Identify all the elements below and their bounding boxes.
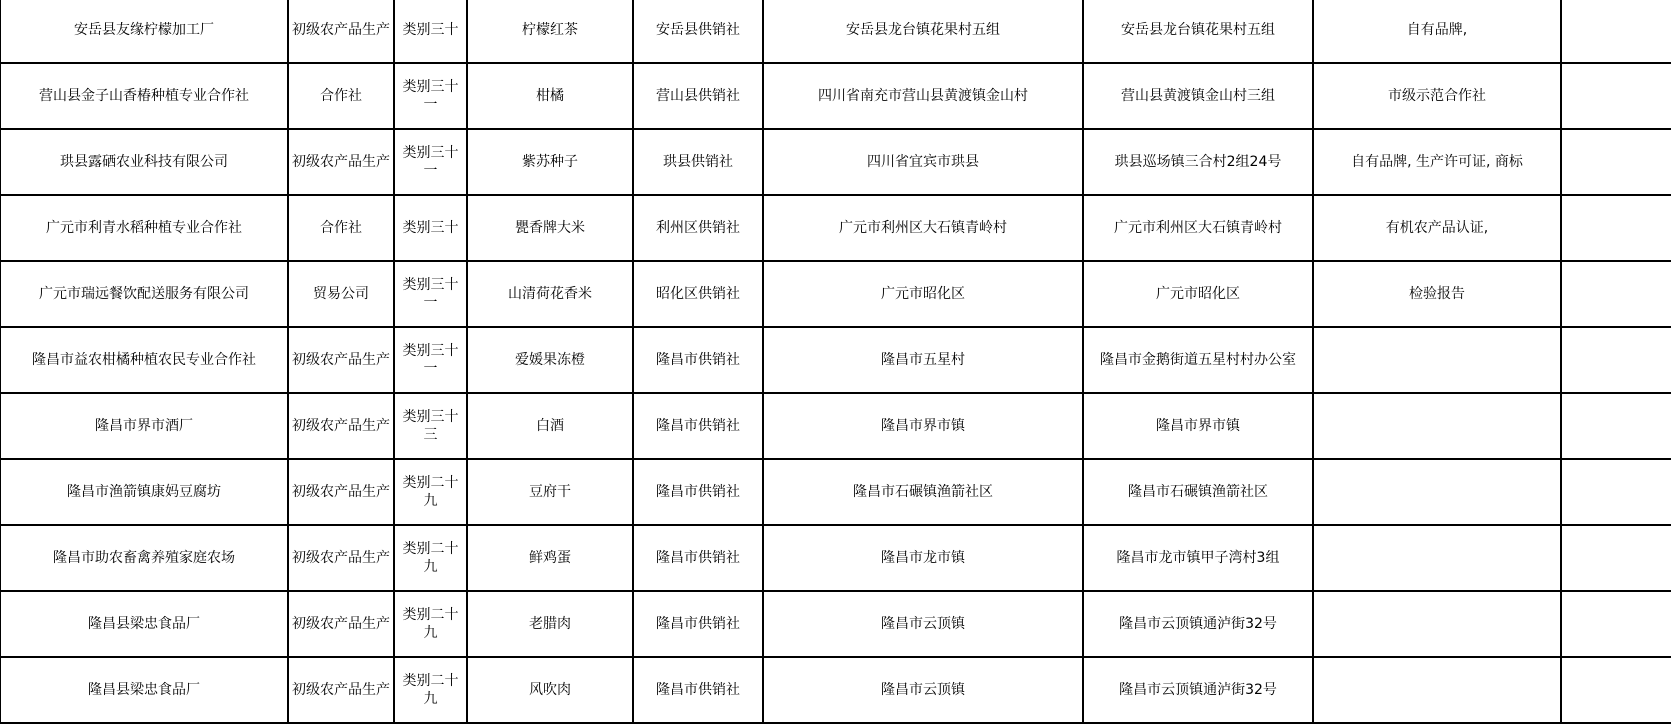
cell-category: 类别三十 [394,0,467,63]
cell-certification [1313,393,1561,459]
cell-company-name: 隆昌市渔箭镇康妈豆腐坊 [0,459,288,525]
cell-supply-society: 珙县供销社 [633,129,763,195]
cell-address: 广元市昭化区 [763,261,1083,327]
cell-detailed-address: 广元市昭化区 [1083,261,1313,327]
cell-supply-society: 昭化区供销社 [633,261,763,327]
cell-detailed-address: 营山县黄渡镇金山村三组 [1083,63,1313,129]
cell-business-type: 初级农产品生产 [288,459,394,525]
cell-supply-society: 隆昌市供销社 [633,525,763,591]
cell-product: 山清荷花香米 [467,261,633,327]
cell-empty [1561,0,1671,63]
table-row: 隆昌市界市酒厂初级农产品生产类别三十三白酒隆昌市供销社隆昌市界市镇隆昌市界市镇 [0,393,1671,459]
cell-detailed-address: 隆昌市龙市镇甲子湾村3组 [1083,525,1313,591]
table-row: 隆昌市益农柑橘种植农民专业合作社初级农产品生产类别三十一爱媛果冻橙隆昌市供销社隆… [0,327,1671,393]
cell-category: 类别三十一 [394,261,467,327]
cell-supply-society: 安岳县供销社 [633,0,763,63]
cell-empty [1561,327,1671,393]
table-row: 隆昌县梁忠食品厂初级农产品生产类别二十九老腊肉隆昌市供销社隆昌市云顶镇隆昌市云顶… [0,591,1671,657]
cell-product: 白酒 [467,393,633,459]
cell-address: 隆昌市界市镇 [763,393,1083,459]
table-row: 隆昌市助农畜禽养殖家庭农场初级农产品生产类别二十九鲜鸡蛋隆昌市供销社隆昌市龙市镇… [0,525,1671,591]
cell-company-name: 广元市瑞远餐饮配送服务有限公司 [0,261,288,327]
cell-company-name: 珙县露硒农业科技有限公司 [0,129,288,195]
cell-business-type: 合作社 [288,195,394,261]
cell-supply-society: 隆昌市供销社 [633,459,763,525]
cell-address: 安岳县龙台镇花果村五组 [763,0,1083,63]
cell-detailed-address: 隆昌市云顶镇通泸街32号 [1083,591,1313,657]
spreadsheet-view: 安岳县友缘柠檬加工厂初级农产品生产类别三十柠檬红茶安岳县供销社安岳县龙台镇花果村… [0,0,1671,724]
cell-detailed-address: 珙县巡场镇三合村2组24号 [1083,129,1313,195]
table-row: 隆昌县梁忠食品厂初级农产品生产类别二十九风吹肉隆昌市供销社隆昌市云顶镇隆昌市云顶… [0,657,1671,723]
cell-address: 隆昌市石碾镇渔箭社区 [763,459,1083,525]
cell-address: 隆昌市云顶镇 [763,591,1083,657]
cell-empty [1561,591,1671,657]
table-row: 隆昌市渔箭镇康妈豆腐坊初级农产品生产类别二十九豆府干隆昌市供销社隆昌市石碾镇渔箭… [0,459,1671,525]
cell-address: 隆昌市五星村 [763,327,1083,393]
cell-certification: 自有品牌, [1313,0,1561,63]
cell-certification: 市级示范合作社 [1313,63,1561,129]
table-row: 安岳县友缘柠檬加工厂初级农产品生产类别三十柠檬红茶安岳县供销社安岳县龙台镇花果村… [0,0,1671,63]
cell-certification: 检验报告 [1313,261,1561,327]
cell-address: 隆昌市云顶镇 [763,657,1083,723]
cell-product: 老腊肉 [467,591,633,657]
cell-company-name: 营山县金子山香椿种植专业合作社 [0,63,288,129]
cell-business-type: 初级农产品生产 [288,393,394,459]
cell-business-type: 初级农产品生产 [288,327,394,393]
cell-product: 柑橘 [467,63,633,129]
cell-supply-society: 隆昌市供销社 [633,327,763,393]
cell-business-type: 合作社 [288,63,394,129]
producers-table: 安岳县友缘柠檬加工厂初级农产品生产类别三十柠檬红茶安岳县供销社安岳县龙台镇花果村… [0,0,1671,724]
cell-empty [1561,657,1671,723]
cell-certification [1313,327,1561,393]
cell-detailed-address: 广元市利州区大石镇青岭村 [1083,195,1313,261]
cell-empty [1561,261,1671,327]
table-row: 广元市利青水稻种植专业合作社合作社类别三十甖香牌大米利州区供销社广元市利州区大石… [0,195,1671,261]
cell-supply-society: 隆昌市供销社 [633,591,763,657]
cell-empty [1561,195,1671,261]
cell-certification [1313,657,1561,723]
cell-company-name: 隆昌县梁忠食品厂 [0,657,288,723]
cell-empty [1561,525,1671,591]
cell-detailed-address: 隆昌市石碾镇渔箭社区 [1083,459,1313,525]
cell-company-name: 隆昌县梁忠食品厂 [0,591,288,657]
table-row: 珙县露硒农业科技有限公司初级农产品生产类别三十一紫苏种子珙县供销社四川省宜宾市珙… [0,129,1671,195]
cell-business-type: 初级农产品生产 [288,129,394,195]
cell-detailed-address: 隆昌市界市镇 [1083,393,1313,459]
cell-product: 紫苏种子 [467,129,633,195]
cell-certification: 有机农产品认证, [1313,195,1561,261]
cell-supply-society: 利州区供销社 [633,195,763,261]
cell-business-type: 贸易公司 [288,261,394,327]
cell-product: 风吹肉 [467,657,633,723]
cell-detailed-address: 隆昌市云顶镇通泸街32号 [1083,657,1313,723]
cell-company-name: 隆昌市益农柑橘种植农民专业合作社 [0,327,288,393]
cell-category: 类别二十九 [394,657,467,723]
cell-category: 类别二十九 [394,459,467,525]
cell-company-name: 隆昌市界市酒厂 [0,393,288,459]
cell-empty [1561,129,1671,195]
cell-address: 广元市利州区大石镇青岭村 [763,195,1083,261]
cell-detailed-address: 安岳县龙台镇花果村五组 [1083,0,1313,63]
cell-supply-society: 营山县供销社 [633,63,763,129]
cell-detailed-address: 隆昌市金鹅街道五星村村办公室 [1083,327,1313,393]
cell-product: 豆府干 [467,459,633,525]
cell-product: 甖香牌大米 [467,195,633,261]
cell-company-name: 广元市利青水稻种植专业合作社 [0,195,288,261]
cell-business-type: 初级农产品生产 [288,591,394,657]
cell-category: 类别三十一 [394,63,467,129]
cell-address: 四川省南充市营山县黄渡镇金山村 [763,63,1083,129]
table-row: 营山县金子山香椿种植专业合作社合作社类别三十一柑橘营山县供销社四川省南充市营山县… [0,63,1671,129]
cell-supply-society: 隆昌市供销社 [633,393,763,459]
cell-supply-society: 隆昌市供销社 [633,657,763,723]
cell-product: 柠檬红茶 [467,0,633,63]
cell-address: 四川省宜宾市珙县 [763,129,1083,195]
cell-product: 爱媛果冻橙 [467,327,633,393]
cell-company-name: 安岳县友缘柠檬加工厂 [0,0,288,63]
cell-company-name: 隆昌市助农畜禽养殖家庭农场 [0,525,288,591]
cell-category: 类别二十九 [394,591,467,657]
cell-business-type: 初级农产品生产 [288,657,394,723]
cell-category: 类别三十一 [394,129,467,195]
table-row: 广元市瑞远餐饮配送服务有限公司贸易公司类别三十一山清荷花香米昭化区供销社广元市昭… [0,261,1671,327]
cell-certification: 自有品牌, 生产许可证, 商标 [1313,129,1561,195]
cell-certification [1313,459,1561,525]
cell-address: 隆昌市龙市镇 [763,525,1083,591]
cell-empty [1561,63,1671,129]
cell-certification [1313,591,1561,657]
cell-category: 类别三十一 [394,327,467,393]
cell-empty [1561,459,1671,525]
table-body: 安岳县友缘柠檬加工厂初级农产品生产类别三十柠檬红茶安岳县供销社安岳县龙台镇花果村… [0,0,1671,723]
cell-certification [1313,525,1561,591]
cell-product: 鲜鸡蛋 [467,525,633,591]
cell-category: 类别三十三 [394,393,467,459]
cell-business-type: 初级农产品生产 [288,525,394,591]
cell-empty [1561,393,1671,459]
cell-category: 类别二十九 [394,525,467,591]
cell-category: 类别三十 [394,195,467,261]
cell-business-type: 初级农产品生产 [288,0,394,63]
